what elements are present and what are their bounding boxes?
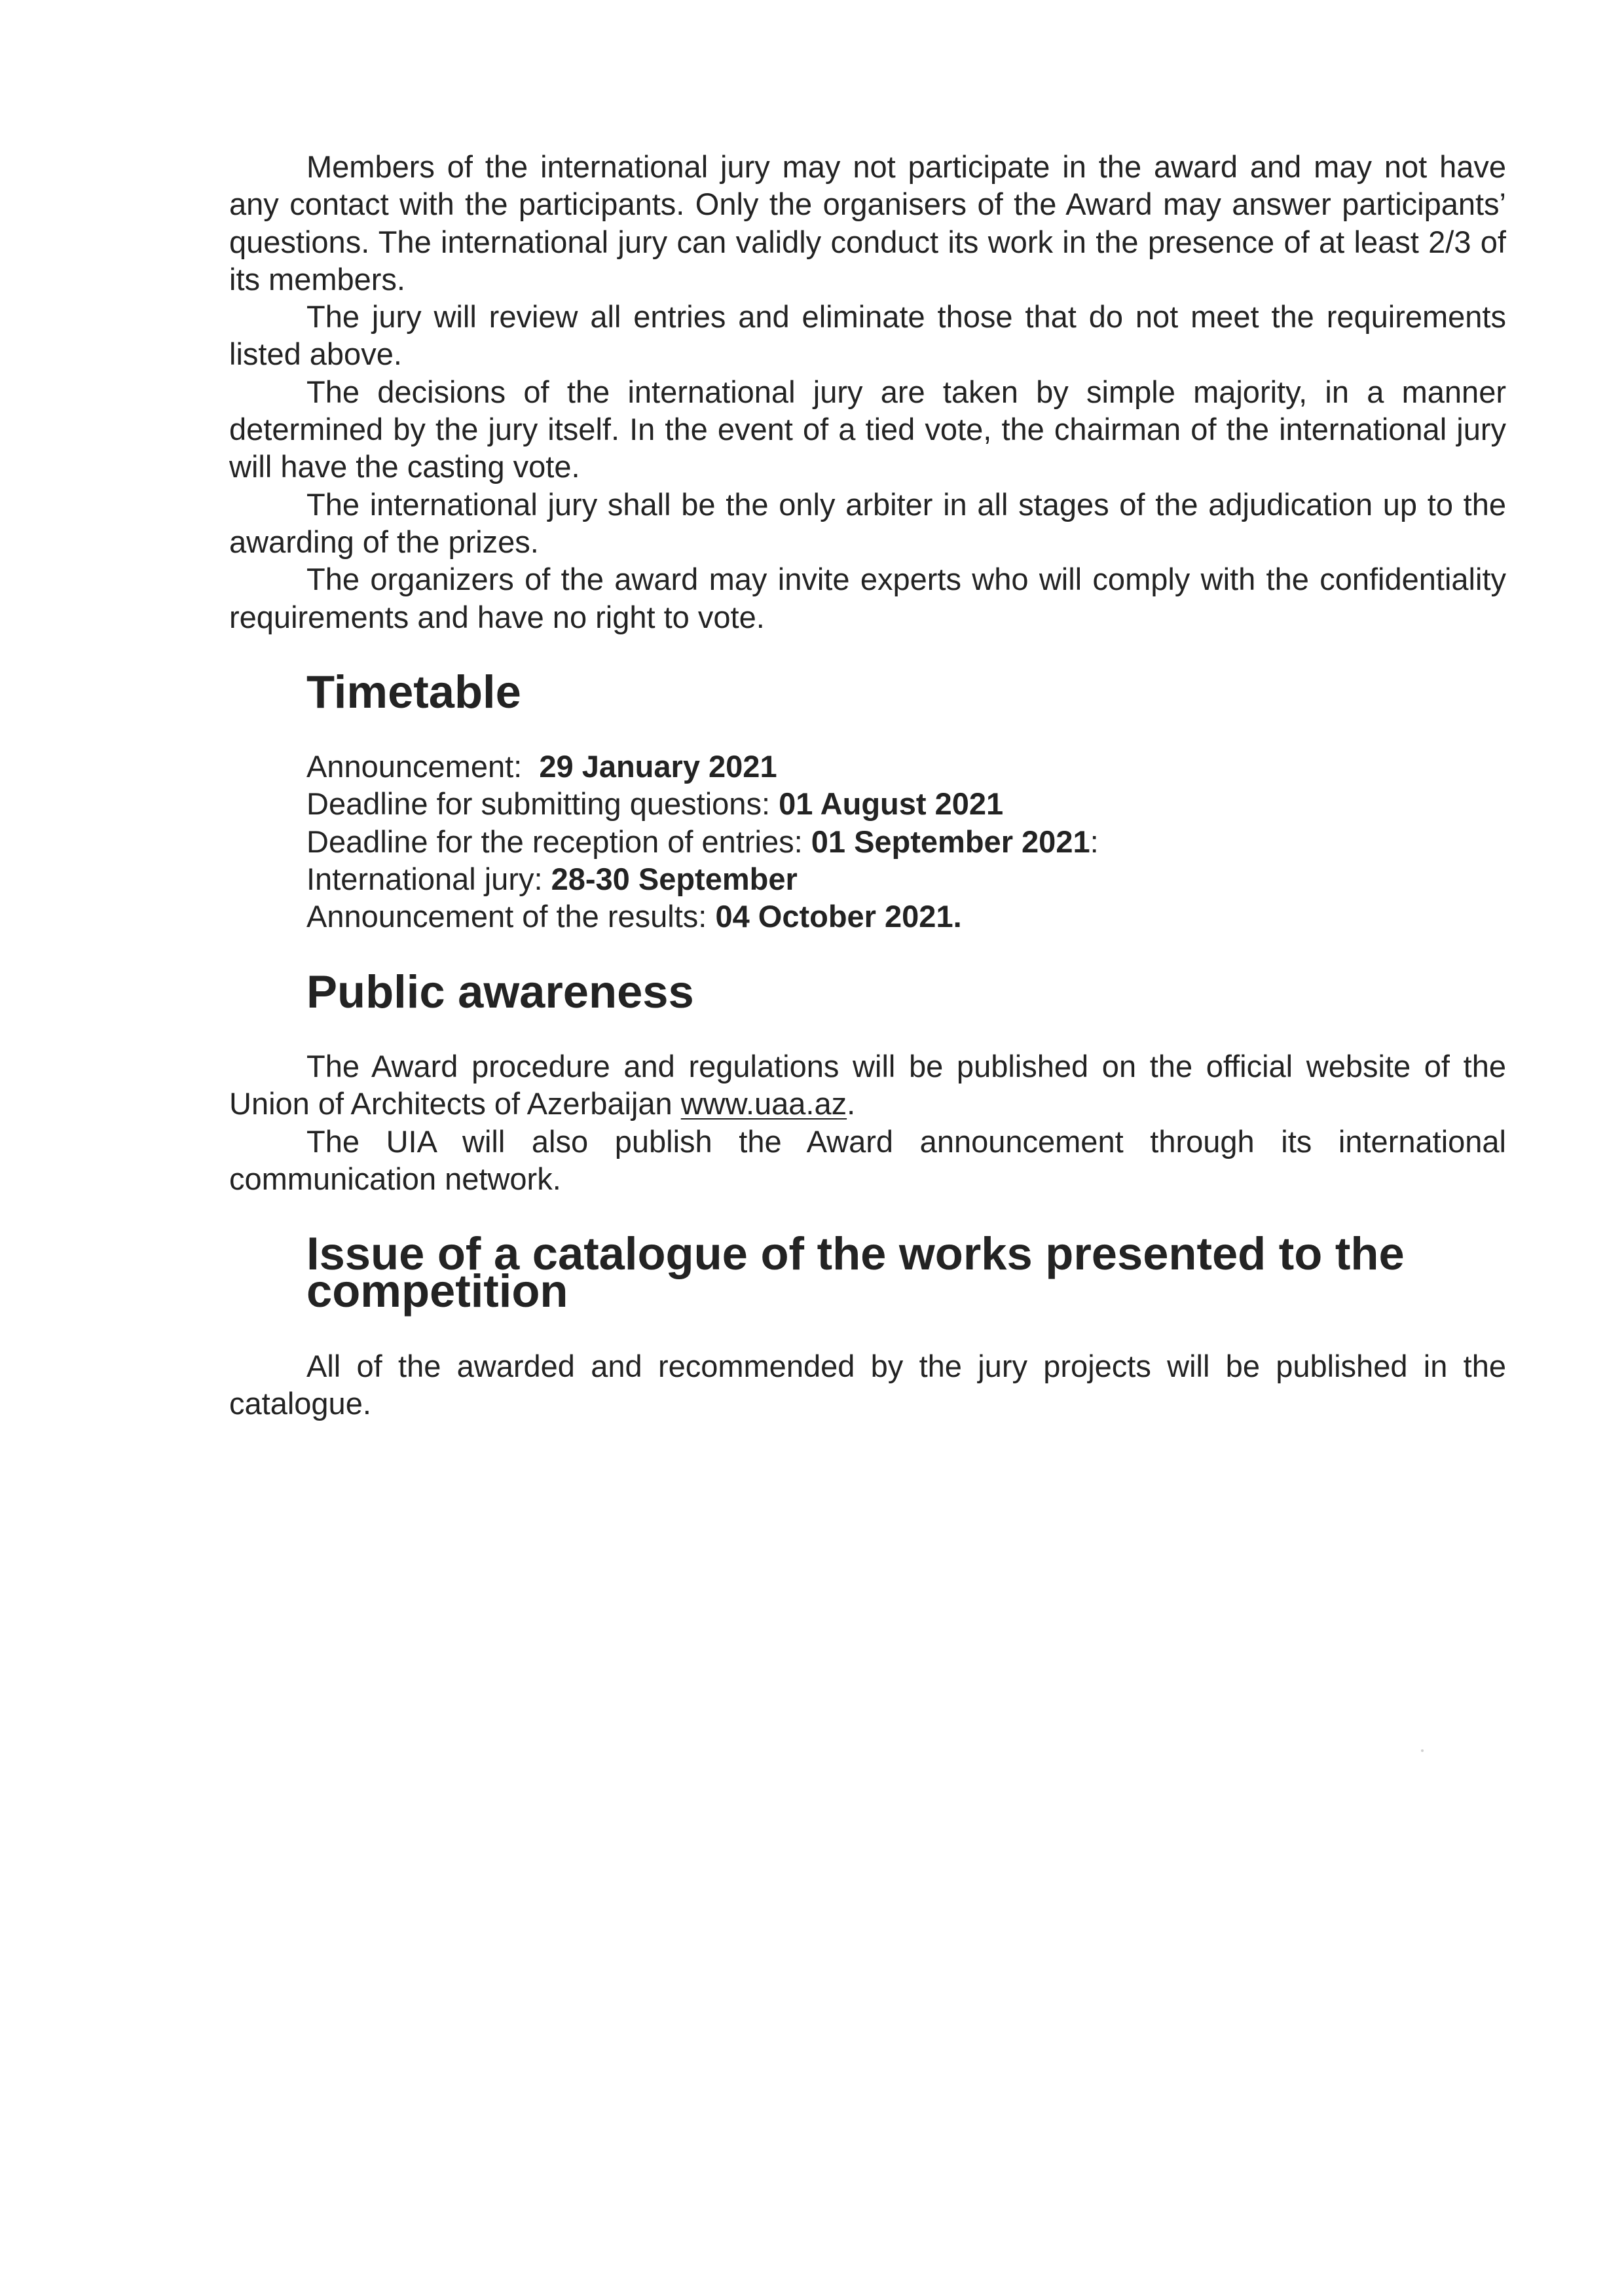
jury-paragraph-members: Members of the international jury may no… <box>229 148 1506 298</box>
jury-paragraph-arbiter: The international jury shall be the only… <box>229 486 1506 561</box>
paragraph-text: The Award procedure and regulations will… <box>229 1049 1506 1121</box>
timetable-date: 04 October 2021. <box>715 899 961 934</box>
timetable-label: International jury: <box>306 862 551 896</box>
jury-section: Members of the international jury may no… <box>229 148 1506 636</box>
document-page: Members of the international jury may no… <box>229 148 1506 1422</box>
timetable-date: 29 January 2021 <box>539 749 777 784</box>
scan-speck <box>1421 1749 1424 1752</box>
timetable-item-announcement: Announcement: 29 January 2021 <box>306 748 1506 785</box>
jury-paragraph-experts: The organizers of the award may invite e… <box>229 560 1506 636</box>
timetable-section: Timetable Announcement: 29 January 2021 … <box>229 673 1506 936</box>
jury-paragraph-review: The jury will review all entries and eli… <box>229 298 1506 373</box>
timetable-date: 01 August 2021 <box>779 786 1003 821</box>
paragraph-text: . <box>847 1086 855 1121</box>
catalogue-heading: Issue of a catalogue of the works presen… <box>229 1235 1506 1310</box>
timetable-item-jury: International jury: 28-30 September <box>306 860 1506 898</box>
timetable-label: Deadline for submitting questions: <box>306 786 779 821</box>
public-awareness-section: Public awareness The Award procedure and… <box>229 973 1506 1197</box>
timetable-label: Announcement: <box>306 749 539 784</box>
timetable-date: 01 September 2021 <box>811 824 1090 859</box>
jury-paragraph-decisions: The decisions of the international jury … <box>229 373 1506 486</box>
public-awareness-paragraph-website: The Award procedure and regulations will… <box>229 1048 1506 1123</box>
timetable-item-questions-deadline: Deadline for submitting questions: 01 Au… <box>306 785 1506 822</box>
timetable-list: Announcement: 29 January 2021 Deadline f… <box>229 748 1506 935</box>
public-awareness-heading: Public awareness <box>229 973 1506 1010</box>
timetable-date: 28-30 September <box>551 862 798 896</box>
timetable-label: Deadline for the reception of entries: <box>306 824 811 859</box>
catalogue-section: Issue of a catalogue of the works presen… <box>229 1235 1506 1422</box>
uaa-website-link[interactable]: www.uaa.az <box>681 1086 847 1121</box>
timetable-item-entries-deadline: Deadline for the reception of entries: 0… <box>306 823 1506 860</box>
timetable-heading: Timetable <box>229 673 1506 710</box>
public-awareness-paragraph-uia: The UIA will also publish the Award anno… <box>229 1123 1506 1198</box>
timetable-label: Announcement of the results: <box>306 899 715 934</box>
timetable-item-results: Announcement of the results: 04 October … <box>306 898 1506 935</box>
timetable-suffix: : <box>1090 824 1099 859</box>
catalogue-paragraph: All of the awarded and recommended by th… <box>229 1347 1506 1423</box>
